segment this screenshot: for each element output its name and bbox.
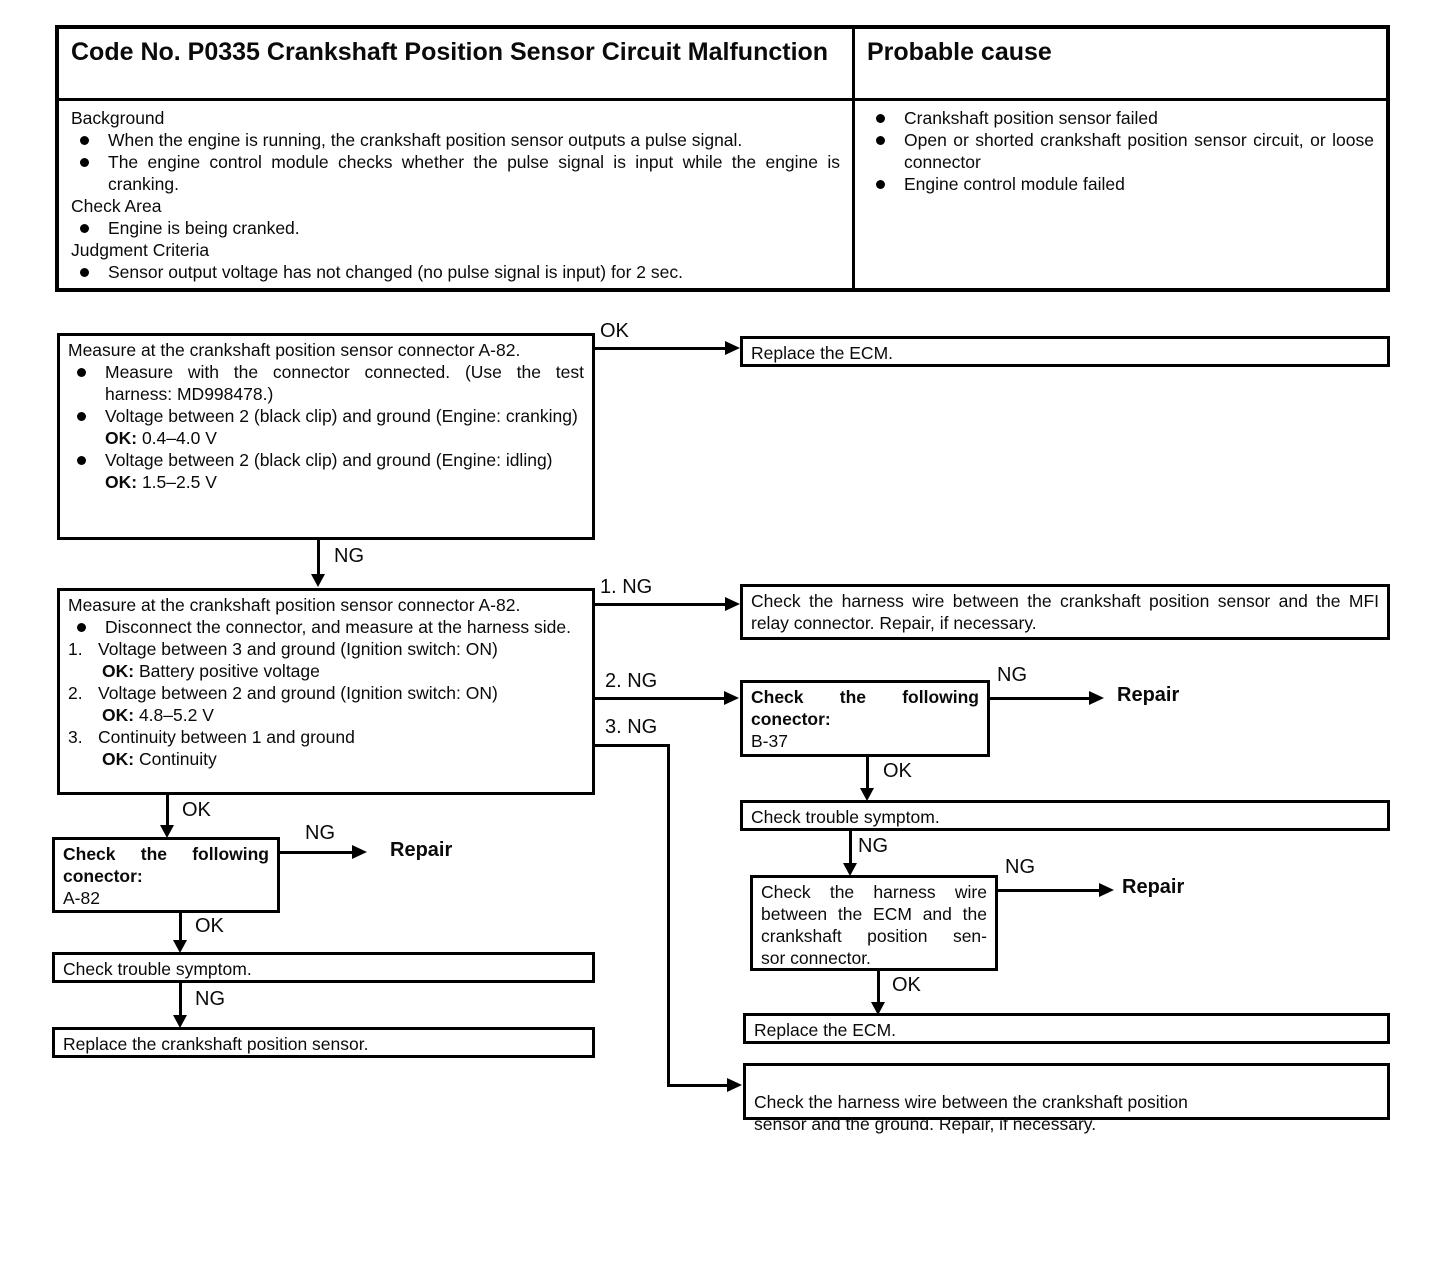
background-item: The engine control module checks whether… [71, 151, 840, 195]
flow-line [280, 851, 354, 854]
step-bullet: Voltage between 2 (black clip) and groun… [68, 449, 584, 471]
connector-id: B-37 [751, 730, 979, 752]
check-area-label: Check Area [71, 195, 840, 217]
action-repair: Repair [1122, 876, 1184, 898]
step-bullet: Voltage between 2 (black clip) and groun… [68, 405, 584, 427]
manual-page: Code No. P0335 Crankshaft Position Senso… [0, 0, 1456, 1274]
flow-line [866, 757, 869, 790]
step-bullet: Measure with the connector connected. (U… [68, 361, 584, 405]
arrow-right-icon [1099, 883, 1114, 897]
connector-check-label: Check the following [63, 843, 269, 865]
edge-label-ng: NG [858, 835, 888, 857]
edge-label-ng: NG [305, 822, 335, 844]
edge-label-ng: NG [334, 545, 364, 567]
action-check-mfi-harness: Check the harness wire between the crank… [740, 584, 1390, 640]
action-replace-sensor: Replace the crankshaft position sensor. [52, 1027, 595, 1058]
flow-line [179, 913, 182, 943]
background-label: Background [71, 107, 840, 129]
judgment-item: Sensor output voltage has not changed (n… [71, 261, 840, 283]
probable-cause-title: Probable cause [852, 29, 1386, 101]
step-item: 3. Continuity between 1 and ground [68, 726, 584, 748]
flow-line [595, 603, 727, 606]
action-repair: Repair [390, 839, 452, 861]
flow-line [595, 744, 670, 747]
step-check-connector-a82: Check the following conector: A-82 [52, 837, 280, 913]
ok-spec: OK: 4.8–5.2 V [68, 704, 584, 726]
arrow-down-icon [871, 1002, 885, 1015]
step-item: 2. Voltage between 2 and ground (Ignitio… [68, 682, 584, 704]
flow-line [667, 1084, 729, 1087]
edge-label-ok: OK [195, 915, 224, 937]
judgment-label: Judgment Criteria [71, 239, 840, 261]
arrow-down-icon [173, 940, 187, 953]
edge-label-ok: OK [892, 974, 921, 996]
ok-spec: OK: 1.5–2.5 V [68, 471, 584, 493]
step-title: Measure at the crankshaft position senso… [68, 339, 584, 361]
edge-label-ok: OK [883, 760, 912, 782]
check-area-item: Engine is being cranked. [71, 217, 840, 239]
step-check-symptom-right: Check trouble symptom. [740, 800, 1390, 831]
background-item: When the engine is running, the cranksha… [71, 129, 840, 151]
edge-label-ng: NG [195, 988, 225, 1010]
connector-check-label: conector: [751, 708, 979, 730]
cause-item: Engine control module failed [867, 173, 1374, 195]
flow-line [667, 744, 670, 1087]
action-repair: Repair [1117, 684, 1179, 706]
flow-line [317, 540, 320, 576]
arrow-right-icon [352, 845, 367, 859]
step-check-ecm-harness: Check the harness wire between the ECM a… [750, 875, 998, 971]
arrow-right-icon [1089, 691, 1104, 705]
ok-spec: OK: Battery positive voltage [68, 660, 584, 682]
edge-label-2ng: 2. NG [605, 670, 657, 692]
ecm-harness-line: Check the harness wire [761, 881, 987, 903]
flow-line [998, 889, 1101, 892]
edge-label-ok: OK [600, 320, 629, 342]
step-check-connector-b37: Check the following conector: B-37 [740, 680, 990, 757]
action-replace-ecm-top: Replace the ECM. [740, 336, 1390, 367]
edge-label-1ng: 1. NG [600, 576, 652, 598]
arrow-right-icon [725, 597, 740, 611]
edge-label-3ng: 3. NG [605, 716, 657, 738]
flow-line [849, 831, 852, 865]
step-title: Measure at the crankshaft position senso… [68, 594, 584, 616]
arrow-down-icon [173, 1015, 187, 1028]
ok-spec: OK: Continuity [68, 748, 584, 770]
action-replace-ecm-bottom: Replace the ECM. [743, 1013, 1390, 1044]
arrow-down-icon [160, 825, 174, 838]
step-measure-disconnected: Measure at the crankshaft position senso… [57, 588, 595, 795]
arrow-down-icon [843, 863, 857, 876]
step-bullet: Disconnect the connector, and measure at… [68, 616, 584, 638]
arrow-right-icon [727, 1078, 742, 1092]
connector-id: A-82 [63, 887, 269, 909]
probable-cause-body: Crankshaft position sensor failed Open o… [852, 101, 1386, 289]
edge-label-ng: NG [1005, 856, 1035, 878]
edge-label-ok: OK [182, 799, 211, 821]
cause-item: Open or shorted crankshaft position sens… [867, 129, 1374, 173]
flow-line [595, 697, 726, 700]
ecm-harness-line: between the ECM and the [761, 903, 987, 925]
flow-line [179, 983, 182, 1017]
step-check-symptom-left: Check trouble symptom. [52, 952, 595, 983]
fault-code-body: Background When the engine is running, t… [59, 101, 852, 289]
ecm-harness-line: crankshaft position sen- [761, 925, 987, 947]
flow-line [595, 347, 727, 350]
step-measure-connected: Measure at the crankshaft position senso… [57, 333, 595, 540]
connector-check-label: conector: [63, 865, 269, 887]
arrow-down-icon [860, 788, 874, 801]
fault-code-table: Code No. P0335 Crankshaft Position Senso… [55, 25, 1390, 292]
connector-check-label: Check the following [751, 686, 979, 708]
flow-line [166, 795, 169, 827]
cause-item: Crankshaft position sensor failed [867, 107, 1374, 129]
ok-spec: OK: 0.4–4.0 V [68, 427, 584, 449]
flow-line [990, 697, 1091, 700]
fault-code-title: Code No. P0335 Crankshaft Position Senso… [59, 29, 852, 101]
edge-label-ng: NG [997, 664, 1027, 686]
ecm-harness-line: sor connector. [761, 947, 987, 969]
arrow-right-icon [724, 691, 739, 705]
action-check-ground-harness: Check the harness wire between the crank… [743, 1063, 1390, 1120]
arrow-right-icon [725, 341, 740, 355]
flow-line [877, 971, 880, 1005]
step-item: 1. Voltage between 3 and ground (Ignitio… [68, 638, 584, 660]
arrow-down-icon [311, 574, 325, 587]
